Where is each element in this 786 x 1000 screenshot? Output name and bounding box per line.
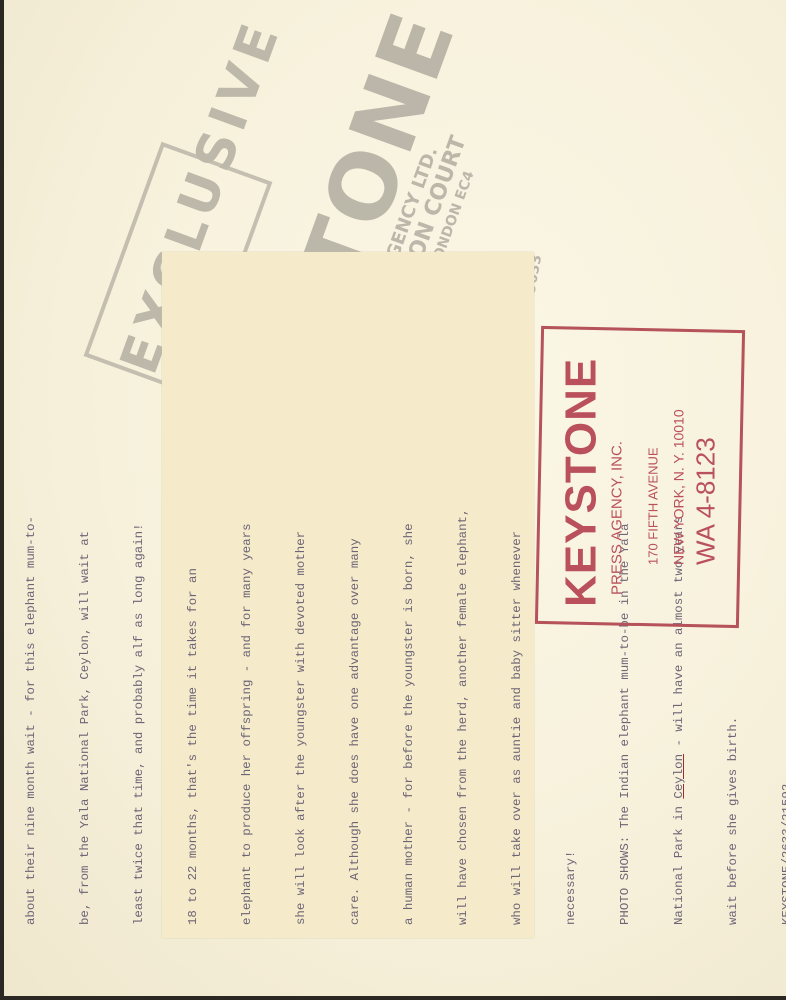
caption-line: be, from the Yala National Park, Ceylon,… [76, 265, 94, 925]
caption-line: will have chosen from the herd, another … [454, 265, 472, 925]
keystone-address: 170 FIFTH AVENUE [646, 347, 661, 565]
photo-back: EXCLUSIVE TONE AGENCY LTD. LION COURT LO… [4, 0, 786, 996]
keystone-agency: PRESS AGENCY, INC. [609, 347, 626, 595]
keystone-phone: WA 4-8123 [691, 347, 722, 565]
caption-sheet: INFANTICIPATING: FOR NEARLY TWO YEARS! N… [162, 252, 534, 938]
caption-line: care. Although she does have one advanta… [346, 265, 364, 925]
caption-line: who will take over as auntie and baby si… [508, 265, 526, 925]
underlined-ceylon: Ceylon [672, 754, 686, 799]
caption-line: she will look after the youngster with d… [292, 265, 310, 925]
keystone-city: NEW YORK, N. Y. 10010 [671, 347, 687, 565]
caption-line: least twice that time, and probably alf … [130, 265, 148, 925]
keystone-stamp-text: KEYSTONE PRESS AGENCY, INC. 170 FIFTH AV… [559, 347, 722, 607]
caption-line: 18 to 22 months, that's the time it take… [184, 265, 202, 925]
keystone-brand: KEYSTONE [559, 347, 605, 607]
caption-line: about their nine month wait - for this e… [22, 265, 40, 925]
reference-number: KEYSTONE/2633/21592. [778, 265, 786, 925]
keystone-stamp: KEYSTONE PRESS AGENCY, INC. 170 FIFTH AV… [538, 328, 742, 626]
photo-shows-text: National Park in [672, 799, 686, 925]
caption-line: elephant to produce her offspring - and … [238, 265, 256, 925]
caption-line: a human mother - for before the youngste… [400, 265, 418, 925]
